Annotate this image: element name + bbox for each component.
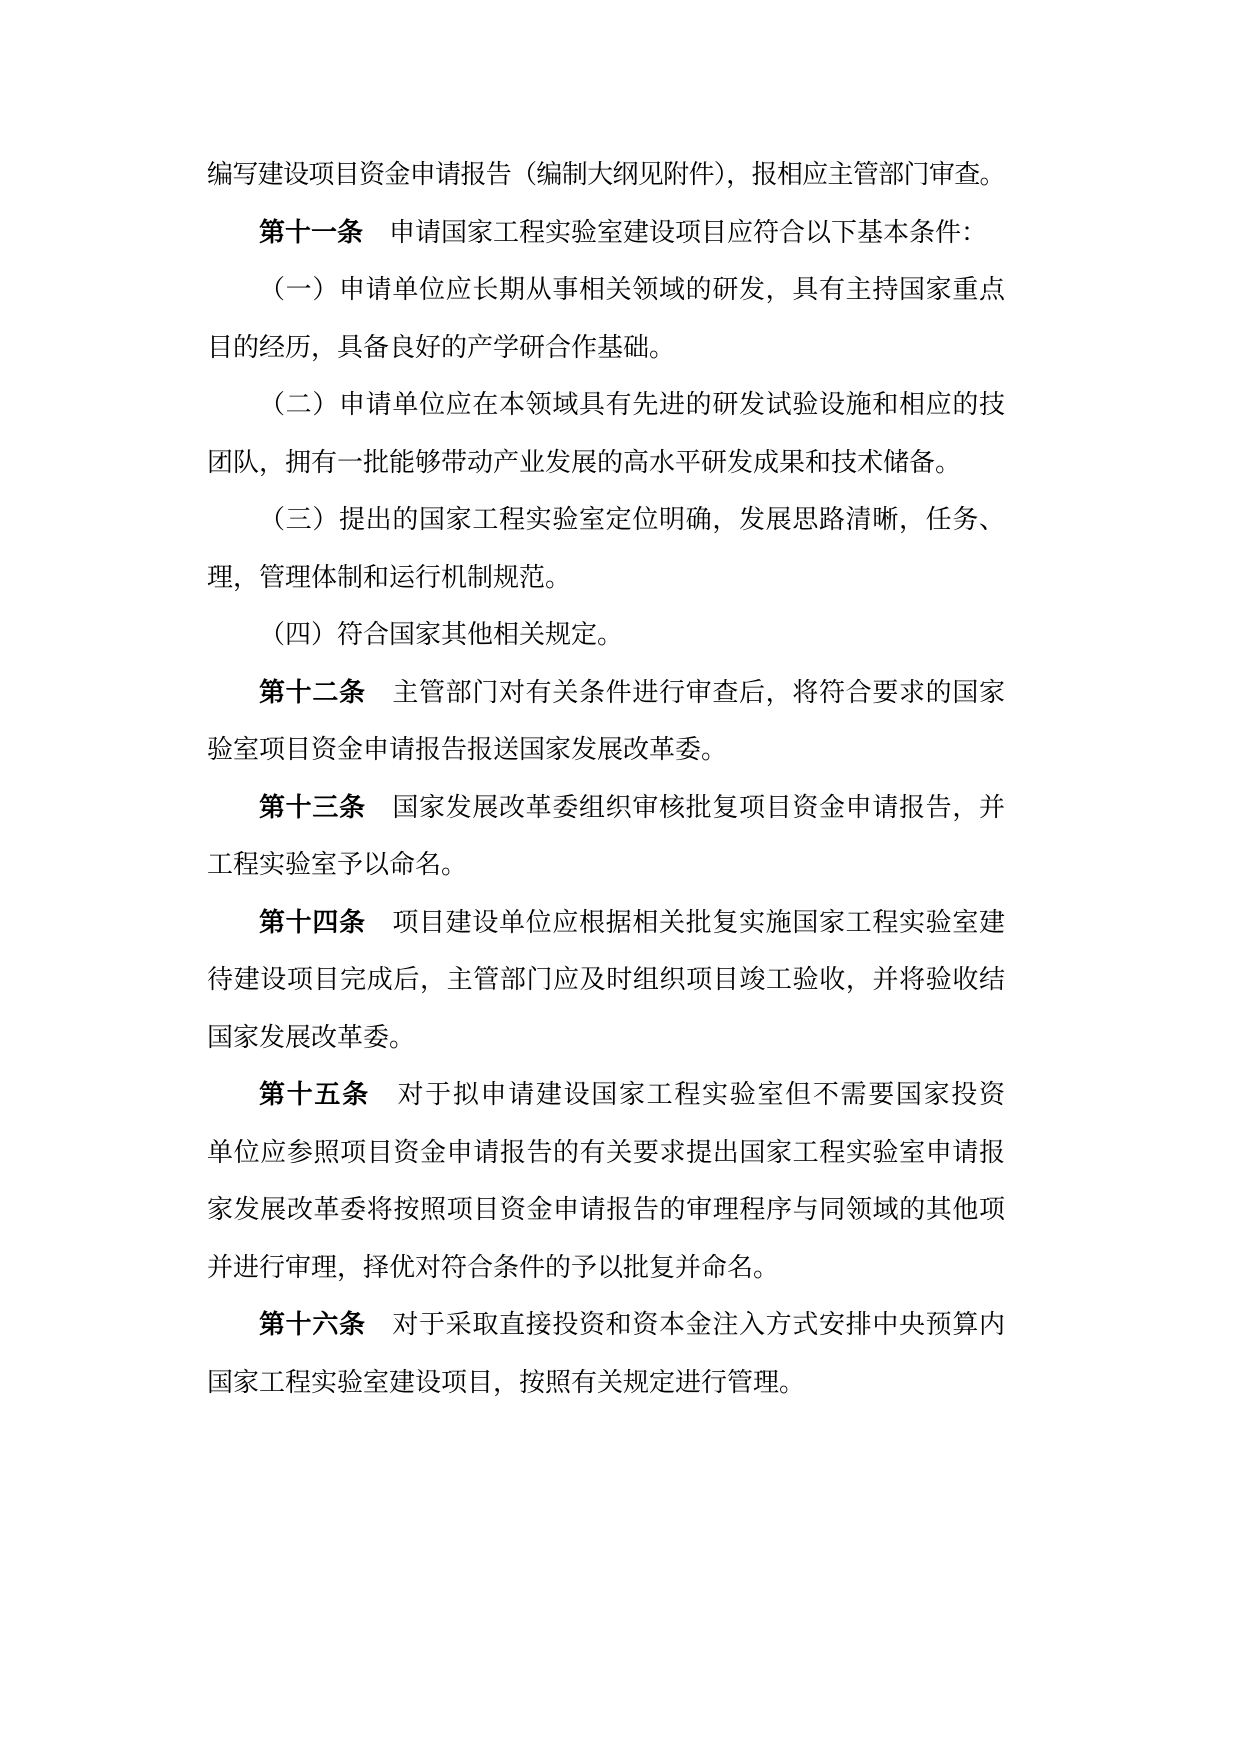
article-number: 第十二条 (259, 678, 366, 707)
article-number: 第十三条 (259, 793, 366, 822)
text-line: 理，管理体制和运行机制规范。 (207, 549, 1005, 607)
text-line: （四）符合国家其他相关规定。 (207, 606, 1005, 664)
text-line: 编写建设项目资金申请报告（编制大纲见附件），报相应主管部门审查。 (207, 146, 1005, 204)
article-line: 第十二条 主管部门对有关条件进行审查后，将符合要求的国家工程实 (207, 664, 1005, 722)
article-line: 第十一条 申请国家工程实验室建设项目应符合以下基本条件： (207, 204, 1005, 262)
text-line: 并进行审理，择优对符合条件的予以批复并命名。 (207, 1239, 1005, 1297)
text-line: 国家工程实验室建设项目，按照有关规定进行管理。 (207, 1354, 1005, 1412)
document-page: 编写建设项目资金申请报告（编制大纲见附件），报相应主管部门审查。第十一条 申请国… (0, 0, 1241, 1754)
text-line: 团队，拥有一批能够带动产业发展的高水平研发成果和技术储备。 (207, 434, 1005, 492)
text-line: 目的经历，具备良好的产学研合作基础。 (207, 319, 1005, 377)
text-line: （一）申请单位应长期从事相关领域的研发，具有主持国家重点科研项 (207, 261, 1005, 319)
article-text: 申请国家工程实验室建设项目应符合以下基本条件： (363, 218, 987, 247)
text-line: 单位应参照项目资金申请报告的有关要求提出国家工程实验室申请报告。国 (207, 1124, 1005, 1182)
text-line: 验室项目资金申请报告报送国家发展改革委。 (207, 721, 1005, 779)
article-number: 第十四条 (259, 908, 366, 937)
text-line: 工程实验室予以命名。 (207, 836, 1005, 894)
text-line: 待建设项目完成后，主管部门应及时组织项目竣工验收，并将验收结论报送 (207, 951, 1005, 1009)
text-line: （二）申请单位应在本领域具有先进的研发试验设施和相应的技术创新 (207, 376, 1005, 434)
text-line: 国家发展改革委。 (207, 1009, 1005, 1067)
article-line: 第十五条 对于拟申请建设国家工程实验室但不需要国家投资的，申请 (207, 1066, 1005, 1124)
text-line: 家发展改革委将按照项目资金申请报告的审理程序与同领域的其他项目一 (207, 1181, 1005, 1239)
article-line: 第十六条 对于采取直接投资和资本金注入方式安排中央预算内投资的 (207, 1296, 1005, 1354)
article-line: 第十三条 国家发展改革委组织审核批复项目资金申请报告，并对国家 (207, 779, 1005, 837)
document-body: 编写建设项目资金申请报告（编制大纲见附件），报相应主管部门审查。第十一条 申请国… (207, 146, 1005, 1411)
article-number: 第十六条 (259, 1310, 366, 1339)
article-number: 第十一条 (259, 218, 363, 247)
article-line: 第十四条 项目建设单位应根据相关批复实施国家工程实验室建设项目。 (207, 894, 1005, 952)
text-line: （三）提出的国家工程实验室定位明确，发展思路清晰，任务、目标合 (207, 491, 1005, 549)
article-number: 第十五条 (259, 1080, 370, 1109)
